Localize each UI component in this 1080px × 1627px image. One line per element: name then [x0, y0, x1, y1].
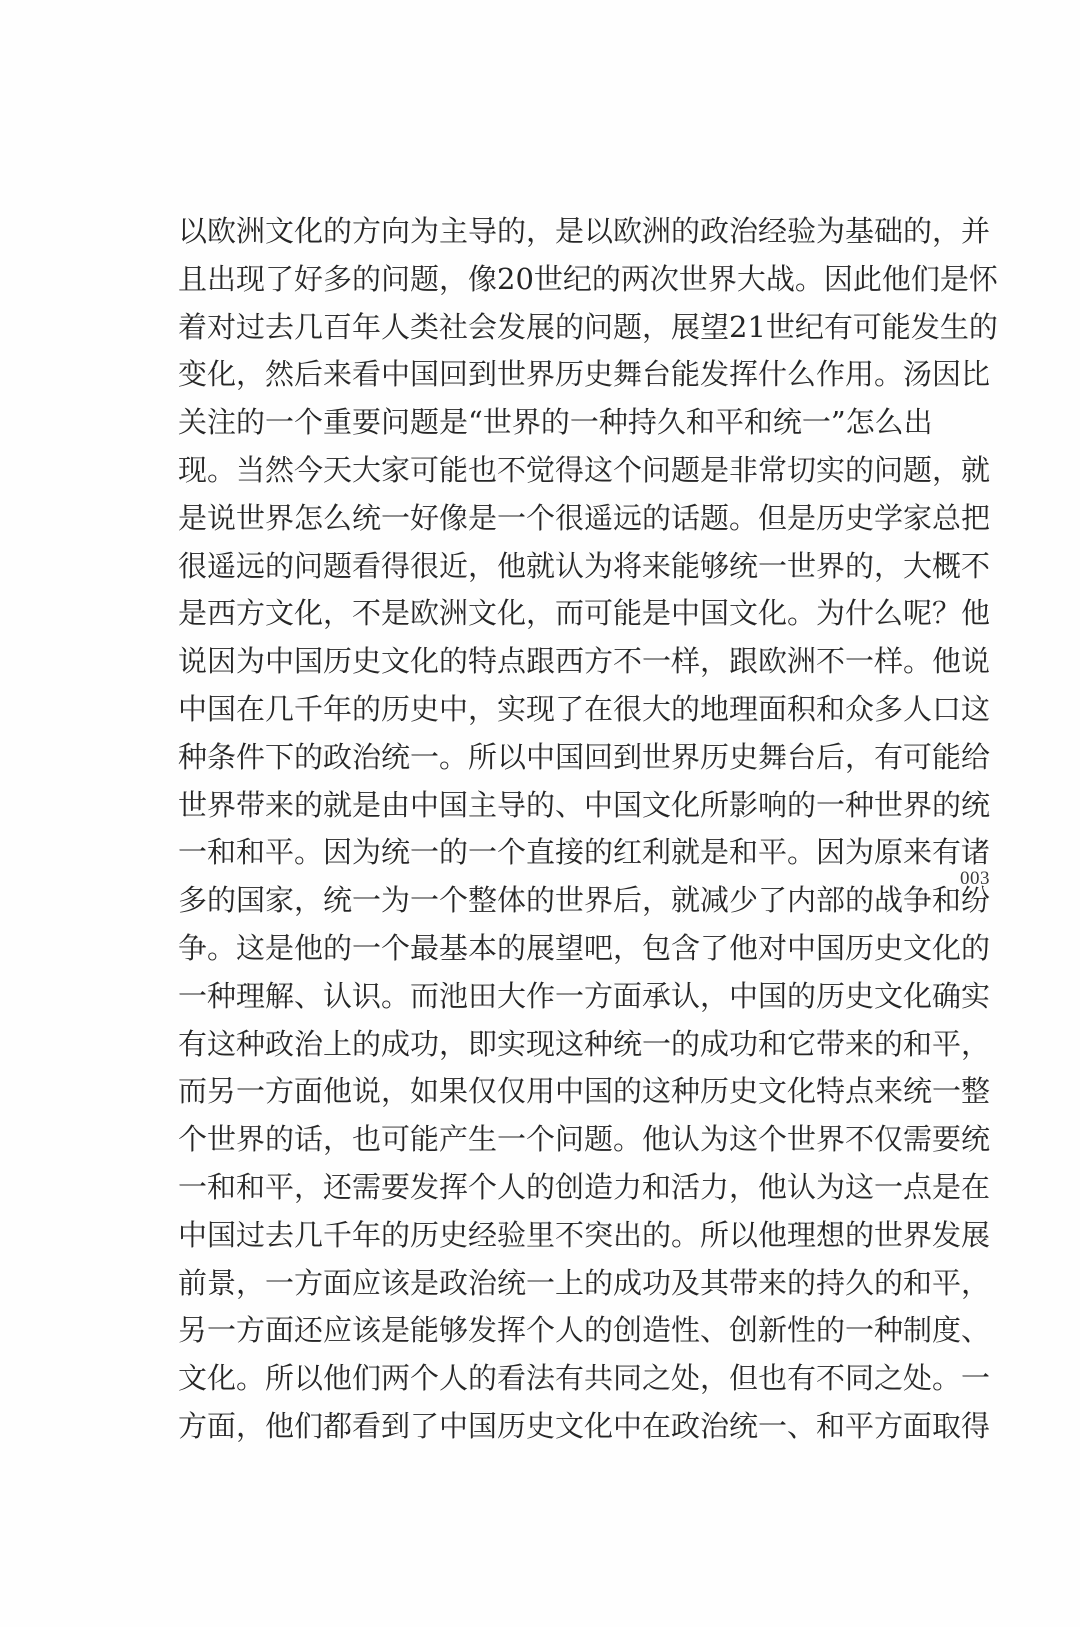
text-line: 另一方面还应该是能够发挥个人的创造性、创新性的一种制度、	[178, 1307, 905, 1355]
text-line: 现。当然今天大家可能也不觉得这个问题是非常切实的问题，就	[178, 447, 905, 495]
text-line: 一和和平，还需要发挥个人的创造力和活力，他认为这一点是在	[178, 1164, 905, 1212]
text-line: 关注的一个重要问题是“世界的一种持久和平和统一”怎么出	[178, 399, 905, 447]
text-line: 中国在几千年的历史中，实现了在很大的地理面积和众多人口这	[178, 686, 905, 734]
text-line: 说因为中国历史文化的特点跟西方不一样，跟欧洲不一样。他说	[178, 638, 905, 686]
text-line: 而另一方面他说，如果仅仅用中国的这种历史文化特点来统一整	[178, 1068, 905, 1116]
text-line: 很遥远的问题看得很近，他就认为将来能够统一世界的，大概不	[178, 543, 905, 591]
text-line: 个世界的话，也可能产生一个问题。他认为这个世界不仅需要统	[178, 1116, 905, 1164]
text-line: 且出现了好多的问题，像20世纪的两次世界大战。因此他们是怀	[178, 256, 905, 304]
body-text: 以欧洲文化的方向为主导的，是以欧洲的政治经验为基础的，并 且出现了好多的问题，像…	[178, 208, 905, 1451]
text-line: 着对过去几百年人类社会发展的问题，展望21世纪有可能发生的	[178, 304, 905, 352]
text-line: 种条件下的政治统一。所以中国回到世界历史舞台后，有可能给	[178, 734, 905, 782]
text-line: 一和和平。因为统一的一个直接的红利就是和平。因为原来有诸	[178, 829, 905, 877]
text-line: 争。这是他的一个最基本的展望吧，包含了他对中国历史文化的	[178, 925, 905, 973]
text-line: 多的国家，统一为一个整体的世界后，就减少了内部的战争和纷	[178, 877, 905, 925]
text-line: 变化，然后来看中国回到世界历史舞台能发挥什么作用。汤因比	[178, 351, 905, 399]
text-line: 有这种政治上的成功，即实现这种统一的成功和它带来的和平，	[178, 1021, 905, 1069]
text-line: 中国过去几千年的历史经验里不突出的。所以他理想的世界发展	[178, 1212, 905, 1260]
text-line: 是西方文化，不是欧洲文化，而可能是中国文化。为什么呢？他	[178, 590, 905, 638]
text-line: 文化。所以他们两个人的看法有共同之处，但也有不同之处。一	[178, 1355, 905, 1403]
text-line: 以欧洲文化的方向为主导的，是以欧洲的政治经验为基础的，并	[178, 208, 905, 256]
text-line: 前景，一方面应该是政治统一上的成功及其带来的持久的和平，	[178, 1260, 905, 1308]
page-number: 003	[960, 868, 990, 890]
text-line: 世界带来的就是由中国主导的、中国文化所影响的一种世界的统	[178, 782, 905, 830]
text-line: 方面，他们都看到了中国历史文化中在政治统一、和平方面取得	[178, 1403, 905, 1451]
text-line: 是说世界怎么统一好像是一个很遥远的话题。但是历史学家总把	[178, 495, 905, 543]
text-line: 一种理解、认识。而池田大作一方面承认，中国的历史文化确实	[178, 973, 905, 1021]
book-page: 以欧洲文化的方向为主导的，是以欧洲的政治经验为基础的，并 且出现了好多的问题，像…	[0, 0, 1080, 1627]
